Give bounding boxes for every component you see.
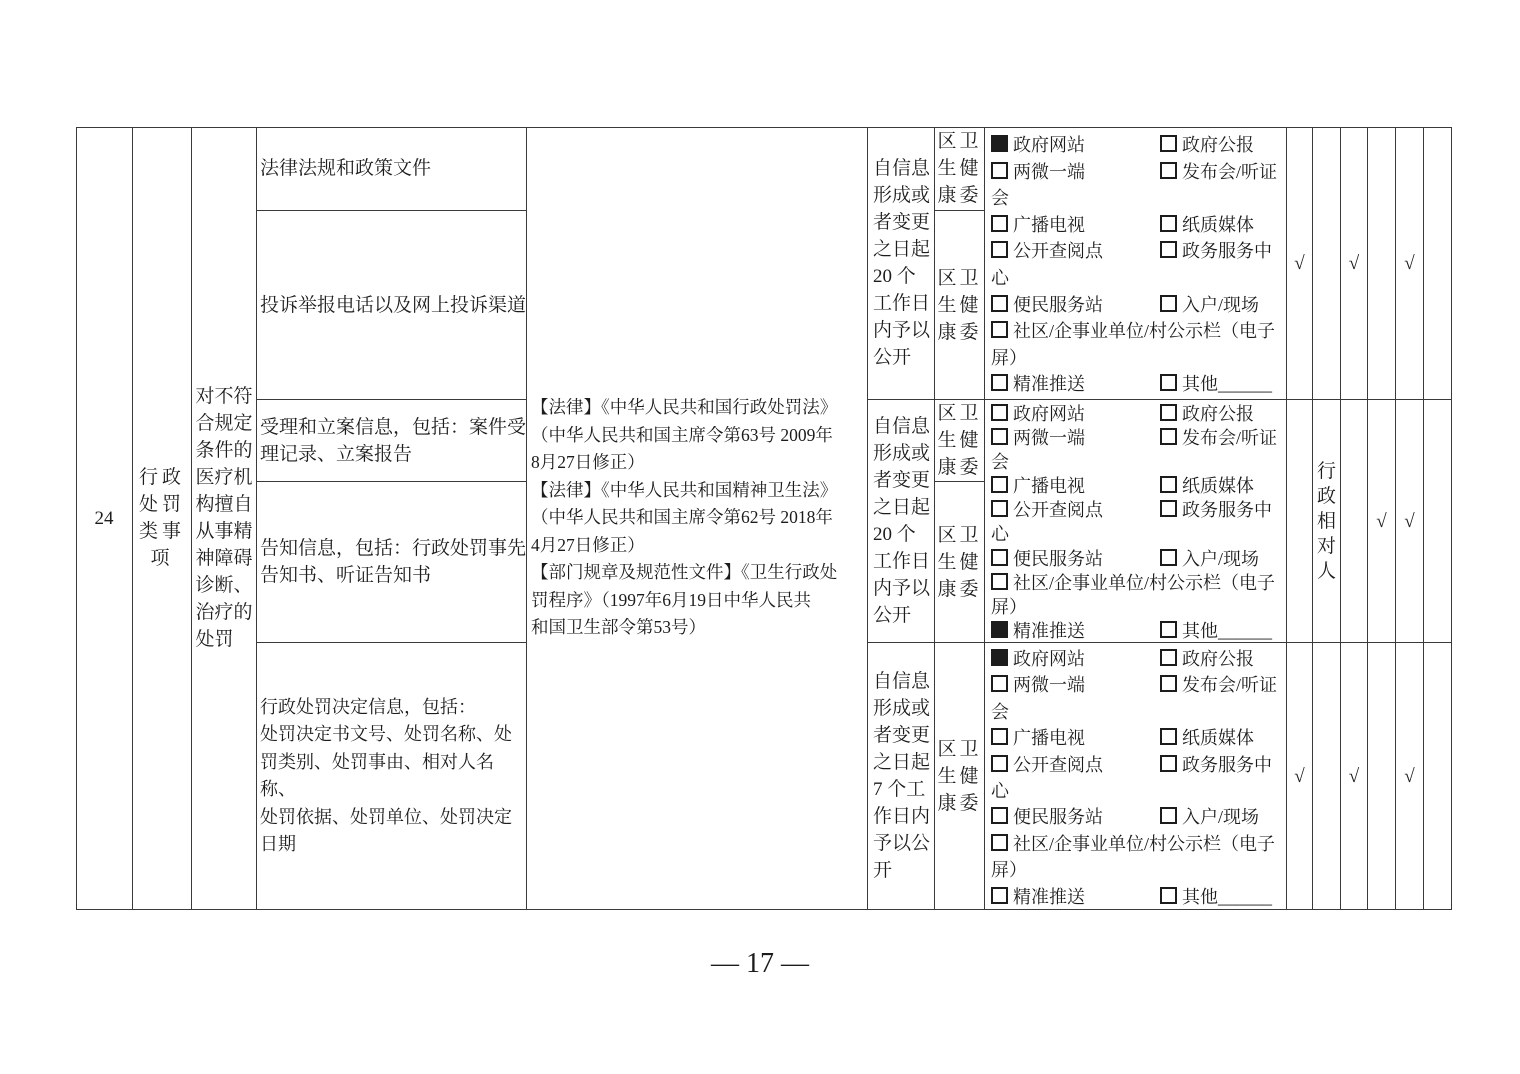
checkbox-icon <box>1160 755 1177 772</box>
document-page: 24 行政 处罚 类事 项 对不符 合规定 条件的 医疗机 构擅自 从事精 神障… <box>0 0 1520 1074</box>
checkbox-icon <box>1160 621 1177 638</box>
channel-line: 公开查阅点政务服务中 <box>985 752 1286 778</box>
channel-line: 社区/企事业单位/村公示栏（电子 <box>985 831 1286 857</box>
check-cell-b3-6 <box>1424 643 1452 910</box>
channel-option: 政务服务中 <box>1160 498 1272 522</box>
channel-option: 纸质媒体 <box>1160 474 1254 498</box>
checkbox-icon <box>1160 404 1177 421</box>
channel-option: 政府网站 <box>991 132 1085 159</box>
check-cell-b1-1: √ <box>1287 127 1313 400</box>
channel-option: 政府网站 <box>991 402 1085 426</box>
channel-option: 其他______ <box>1160 371 1272 398</box>
channel-line: 便民服务站入户/现场 <box>985 547 1286 571</box>
content-cell-complaint-channels: 投诉举报电话以及网上投诉渠道 <box>257 211 527 400</box>
counterpart-label: 行政相对人 <box>1317 459 1336 584</box>
checkbox-icon <box>1160 295 1177 312</box>
checkbox-icon <box>991 834 1008 851</box>
channel-line: 会 <box>985 185 1286 212</box>
channel-option: 便民服务站 <box>991 547 1103 571</box>
channel-option-continuation: 屏） <box>991 857 1027 883</box>
responsible-cell-5: 区卫 生健 康委 <box>935 643 985 910</box>
checkbox-icon <box>991 807 1008 824</box>
check-cell-b2-2: 行政相对人 <box>1313 400 1341 643</box>
check-cell-b1-4 <box>1368 127 1396 400</box>
channel-line: 两微一端发布会/听证 <box>985 159 1286 186</box>
channel-option: 政务服务中 <box>1160 752 1272 778</box>
channel-line: 政府网站政府公报 <box>985 646 1286 672</box>
channel-option-continuation: 屏） <box>991 345 1027 372</box>
responsible-cell-2: 区卫 生健 康委 <box>935 211 985 400</box>
channel-option: 广播电视 <box>991 474 1085 498</box>
checkbox-icon <box>991 215 1008 232</box>
channel-option: 入户/现场 <box>1160 292 1259 319</box>
checkbox-icon <box>1160 728 1177 745</box>
channel-option: 政府网站 <box>991 646 1085 672</box>
channel-line: 政府网站政府公报 <box>985 402 1286 426</box>
checkbox-icon <box>991 500 1008 517</box>
channel-line: 精准推送其他______ <box>985 884 1286 910</box>
check-cell-b1-2 <box>1313 127 1341 400</box>
checkbox-icon <box>991 404 1008 421</box>
legal-basis-cell: 【法律】《中华人民共和国行政处罚法》 （中华人民共和国主席令第63号 2009年… <box>527 127 868 910</box>
checkbox-icon <box>991 549 1008 566</box>
check-cell-b3-4 <box>1368 643 1396 910</box>
channel-option: 广播电视 <box>991 212 1085 239</box>
category-cell: 行政 处罚 类事 项 <box>133 127 192 910</box>
time-limit-cell-2: 自信息 形成或 者变更 之日起 20 个 工作日 内予以 公开 <box>868 400 935 643</box>
channel-line: 屏） <box>985 345 1286 372</box>
channel-line: 公开查阅点政务服务中 <box>985 238 1286 265</box>
content-cell-legal-docs: 法律法规和政策文件 <box>257 127 527 211</box>
channel-option: 政府公报 <box>1160 646 1254 672</box>
channel-option: 精准推送 <box>991 371 1085 398</box>
channel-option: 公开查阅点 <box>991 238 1103 265</box>
content-cell-notification: 告知信息，包括：行政处罚事先 告知书、听证告知书 <box>257 482 527 643</box>
channel-option: 两微一端 <box>991 426 1085 450</box>
check-cell-b2-3 <box>1341 400 1368 643</box>
channel-line: 心 <box>985 778 1286 804</box>
checkbox-icon <box>991 241 1008 258</box>
channel-option: 精准推送 <box>991 884 1085 910</box>
checkbox-icon <box>1160 476 1177 493</box>
check-cell-b1-3: √ <box>1341 127 1368 400</box>
channel-line: 心 <box>985 265 1286 292</box>
channel-option: 广播电视 <box>991 725 1085 751</box>
checkbox-icon <box>1160 241 1177 258</box>
channels-block-3: 政府网站政府公报两微一端发布会/听证会广播电视纸质媒体公开查阅点政务服务中心便民… <box>985 643 1287 910</box>
channel-option: 社区/企事业单位/村公示栏（电子 <box>991 831 1275 857</box>
channel-option: 便民服务站 <box>991 292 1103 319</box>
channel-option: 政务服务中 <box>1160 238 1272 265</box>
checkbox-icon <box>991 887 1008 904</box>
checkbox-icon <box>991 573 1008 590</box>
channel-option: 社区/企事业单位/村公示栏（电子 <box>991 571 1275 595</box>
channel-line: 社区/企事业单位/村公示栏（电子 <box>985 318 1286 345</box>
checkbox-icon <box>991 755 1008 772</box>
channel-option: 公开查阅点 <box>991 752 1103 778</box>
check-cell-b2-5: √ <box>1396 400 1424 643</box>
checkbox-icon <box>991 374 1008 391</box>
checkbox-icon <box>1160 135 1177 152</box>
channel-option: 两微一端 <box>991 672 1085 698</box>
checkbox-icon <box>1160 887 1177 904</box>
check-cell-b3-2 <box>1313 643 1341 910</box>
channel-option: 精准推送 <box>991 619 1085 643</box>
channel-line: 会 <box>985 450 1286 474</box>
row-number-cell: 24 <box>76 127 133 910</box>
channel-line: 公开查阅点政务服务中 <box>985 498 1286 522</box>
channel-option: 其他______ <box>1160 884 1272 910</box>
checkbox-icon <box>1160 500 1177 517</box>
checkbox-icon <box>991 476 1008 493</box>
time-limit-cell-1: 自信息 形成或 者变更 之日起 20 个 工作日 内予以 公开 <box>868 127 935 400</box>
channel-line: 精准推送其他______ <box>985 619 1286 643</box>
channel-line: 政府网站政府公报 <box>985 132 1286 159</box>
channel-option-continuation: 会 <box>991 699 1009 725</box>
check-cell-b1-5: √ <box>1396 127 1424 400</box>
channel-option-continuation: 心 <box>991 522 1009 546</box>
checkbox-icon <box>1160 675 1177 692</box>
checkbox-icon <box>991 295 1008 312</box>
channel-line: 精准推送其他______ <box>985 371 1286 398</box>
responsible-cell-4: 区卫 生健 康委 <box>935 482 985 643</box>
checkbox-icon <box>1160 649 1177 666</box>
channel-option: 两微一端 <box>991 159 1085 186</box>
checkbox-icon <box>1160 215 1177 232</box>
channel-option: 公开查阅点 <box>991 498 1103 522</box>
channel-line: 屏） <box>985 595 1286 619</box>
channel-line: 两微一端发布会/听证 <box>985 672 1286 698</box>
channel-line: 会 <box>985 699 1286 725</box>
channel-option: 入户/现场 <box>1160 547 1259 571</box>
channel-option: 社区/企事业单位/村公示栏（电子 <box>991 318 1275 345</box>
channel-line: 便民服务站入户/现场 <box>985 804 1286 830</box>
channel-option-continuation: 心 <box>991 265 1009 292</box>
check-cell-b2-1 <box>1287 400 1313 643</box>
channel-option-continuation: 心 <box>991 778 1009 804</box>
channel-option: 纸质媒体 <box>1160 725 1254 751</box>
channel-line: 广播电视纸质媒体 <box>985 212 1286 239</box>
check-cell-b2-6 <box>1424 400 1452 643</box>
check-cell-b3-5: √ <box>1396 643 1424 910</box>
checkbox-icon <box>1160 807 1177 824</box>
channel-option: 其他______ <box>1160 619 1272 643</box>
channel-line: 便民服务站入户/现场 <box>985 292 1286 319</box>
checkbox-icon <box>991 162 1008 179</box>
channel-option: 便民服务站 <box>991 804 1103 830</box>
content-cell-penalty-decision: 行政处罚决定信息，包括： 处罚决定书文号、处罚名称、处 罚类别、处罚事由、相对人… <box>257 643 527 910</box>
channel-line: 屏） <box>985 857 1286 883</box>
check-cell-b3-1: √ <box>1287 643 1313 910</box>
channel-line: 广播电视纸质媒体 <box>985 474 1286 498</box>
channel-option: 发布会/听证 <box>1160 159 1277 186</box>
checkbox-icon <box>991 728 1008 745</box>
responsible-cell-3: 区卫 生健 康委 <box>935 400 985 482</box>
time-limit-cell-3: 自信息 形成或 者变更 之日起 7 个工 作日内 予以公 开 <box>868 643 935 910</box>
channel-option: 政府公报 <box>1160 132 1254 159</box>
checkbox-icon <box>991 675 1008 692</box>
item-description-cell: 对不符 合规定 条件的 医疗机 构擅自 从事精 神障碍 诊断、 治疗的 处罚 <box>192 127 257 910</box>
channel-option: 政府公报 <box>1160 402 1254 426</box>
checkbox-checked-icon <box>991 621 1008 638</box>
channel-option-continuation: 会 <box>991 450 1009 474</box>
checkbox-icon <box>1160 428 1177 445</box>
channel-option: 入户/现场 <box>1160 804 1259 830</box>
page-number: — 17 — <box>0 948 1520 980</box>
channel-option: 纸质媒体 <box>1160 212 1254 239</box>
channel-line: 社区/企事业单位/村公示栏（电子 <box>985 571 1286 595</box>
channel-line: 心 <box>985 522 1286 546</box>
channel-option: 发布会/听证 <box>1160 426 1277 450</box>
checkbox-icon <box>1160 549 1177 566</box>
channel-option: 发布会/听证 <box>1160 672 1277 698</box>
check-cell-b3-3: √ <box>1341 643 1368 910</box>
checkbox-icon <box>1160 374 1177 391</box>
channel-line: 广播电视纸质媒体 <box>985 725 1286 751</box>
responsible-cell-1: 区卫 生健 康委 <box>935 127 985 211</box>
content-cell-case-acceptance: 受理和立案信息，包括：案件受 理记录、立案报告 <box>257 400 527 482</box>
check-cell-b2-4: √ <box>1368 400 1396 643</box>
checkbox-checked-icon <box>991 135 1008 152</box>
channel-line: 两微一端发布会/听证 <box>985 426 1286 450</box>
channels-block-1: 政府网站政府公报两微一端发布会/听证会广播电视纸质媒体公开查阅点政务服务中心便民… <box>985 127 1287 400</box>
checkbox-icon <box>1160 162 1177 179</box>
channel-option-continuation: 屏） <box>991 595 1027 619</box>
checkbox-checked-icon <box>991 649 1008 666</box>
checkbox-icon <box>991 428 1008 445</box>
checkbox-icon <box>991 321 1008 338</box>
channel-option-continuation: 会 <box>991 185 1009 212</box>
check-cell-b1-6 <box>1424 127 1452 400</box>
channels-block-2: 政府网站政府公报两微一端发布会/听证会广播电视纸质媒体公开查阅点政务服务中心便民… <box>985 400 1287 643</box>
